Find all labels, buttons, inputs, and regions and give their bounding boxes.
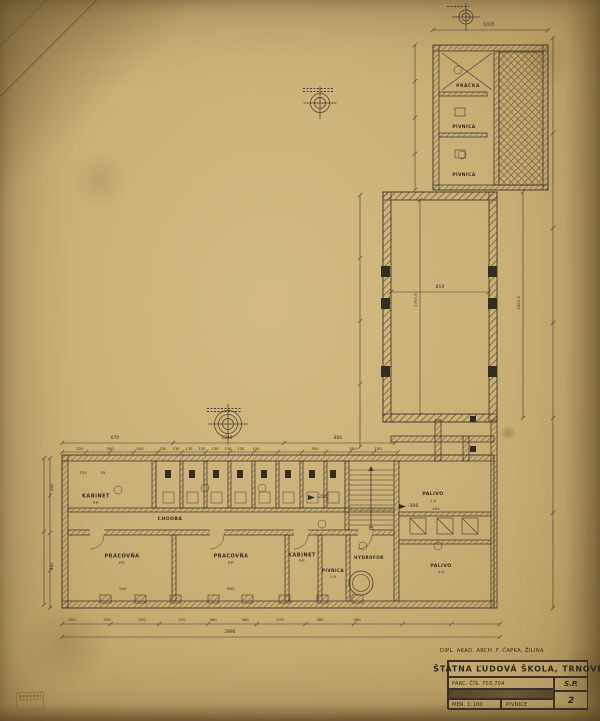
door-swings — [90, 535, 372, 549]
light-well-cells — [156, 461, 345, 508]
dimension-label: 350 — [138, 618, 145, 622]
dimension-label: 2890 — [224, 630, 235, 635]
dimension-label: 360 — [209, 618, 216, 622]
room-label: CHODBA — [158, 516, 183, 521]
dimension-label: 1.0 — [430, 499, 436, 503]
dimension-label: 1502,5 — [517, 296, 521, 310]
dimension-label: 320 — [76, 447, 83, 451]
room-label: HYDROFOR — [354, 556, 384, 561]
dimension-label: 130 — [198, 447, 205, 451]
dimension-label: 400 — [432, 507, 439, 511]
handwritten-note — [207, 408, 241, 414]
room-label: PALIVO — [430, 563, 451, 568]
dimension-label: 300 — [106, 447, 113, 451]
dimension-label: 940 — [119, 587, 126, 591]
room-label: PIVNICA — [452, 173, 475, 178]
dimension-label: 350 — [136, 447, 143, 451]
dimension-label: 370 — [178, 618, 185, 622]
dimension-lines — [42, 28, 555, 639]
dimension-label: 1.0 — [438, 570, 444, 574]
dimension-label: 1035 — [483, 23, 495, 28]
corner-stamp — [16, 692, 45, 711]
dimension-label: 640 — [50, 483, 54, 490]
fuel-rooms — [399, 512, 491, 544]
title-block: ŠTÁTNA ĽUDOVÁ ŠKOLA, TRNOVÉ PARC. ČÍS. 7… — [447, 660, 588, 709]
room-label: PRÁČKA — [456, 83, 480, 88]
room-label: KABINET — [288, 552, 316, 558]
dimension-label: -210 — [317, 494, 328, 499]
dimension-label: 735 — [79, 471, 86, 475]
unexcavated-hatch-area — [499, 52, 543, 185]
handwritten-note — [303, 88, 333, 94]
dimension-label: 130 — [172, 447, 179, 451]
dimension-label: 335 — [103, 618, 110, 622]
room-label: KABINET — [82, 493, 110, 499]
dimension-label: 670 — [111, 436, 119, 441]
smudged-cell — [448, 689, 554, 699]
dimension-label: 850 — [227, 587, 234, 591]
dimension-label: P.P. — [299, 559, 305, 563]
classroom-wing — [62, 66, 497, 608]
plan-geometry — [42, 3, 555, 639]
room-label: PIVNICA — [452, 125, 475, 130]
dimension-label: 130 — [224, 447, 231, 451]
utility-basement-block — [433, 45, 548, 190]
sp-mark: S.P. — [554, 677, 588, 691]
dimension-label: 810 — [436, 285, 445, 290]
dimension-label: 360 — [241, 618, 248, 622]
architect-line: DIPL. AKAD. ARCH. F. ČAPKA, ŽILINA — [440, 648, 521, 654]
floor-plan-drawing — [0, 0, 600, 721]
junction-block — [391, 416, 494, 461]
dimension-label: 380 — [316, 618, 323, 622]
dimension-label: 1240 — [221, 436, 232, 441]
dimension-label: 1797,5 — [414, 293, 418, 307]
dimension-label: 300 — [311, 447, 318, 451]
dimension-label: 130 — [159, 447, 166, 451]
blueprint-sheet: PRÁČKAPIVNICAPIVNICAKABINETCHODBAPRACOVŇ… — [0, 0, 600, 721]
dimension-label: -306 — [408, 503, 419, 508]
dimension-label: 320 — [68, 618, 75, 622]
dimension-label: 360 — [353, 618, 360, 622]
dimension-label: P.P. — [228, 561, 234, 565]
dimension-label: P.P. — [119, 561, 125, 565]
stair-direction-arrow — [369, 466, 374, 471]
drawing-name: PIVNICE — [501, 699, 554, 710]
hall-wing — [381, 192, 497, 422]
dimension-label: 350 — [349, 447, 356, 451]
handwritten-note — [447, 6, 469, 9]
dimension-label: 800 — [334, 436, 342, 441]
dimension-label: 690 — [50, 562, 54, 569]
dimension-label: P.P. — [93, 501, 99, 505]
dimension-label: 130 — [211, 447, 218, 451]
sheet-number: 2 — [554, 691, 588, 710]
project-title: ŠTÁTNA ĽUDOVÁ ŠKOLA, TRNOVÉ — [448, 661, 588, 677]
dimension-label: 150 — [374, 447, 381, 451]
drawing-scale: MER. 1:100 — [448, 699, 501, 710]
hydrofor-tank — [349, 571, 373, 595]
dimension-label: 370 — [276, 618, 283, 622]
room-label: PIVNICA — [322, 569, 344, 574]
room-label: PRACOVŇA — [213, 553, 248, 559]
dimension-label: 1.0 — [330, 575, 336, 579]
dimension-label: 25 — [101, 471, 106, 475]
dimension-label: 130 — [185, 447, 192, 451]
dimension-label: 150 — [252, 447, 259, 451]
dimension-label: 130 — [237, 447, 244, 451]
pier-blocks — [381, 266, 497, 377]
room-label: PRACOVŇA — [104, 553, 139, 559]
parcel-number: PARC. ČÍS. 703,704 — [448, 677, 554, 689]
room-label: PALIVO — [422, 491, 443, 496]
